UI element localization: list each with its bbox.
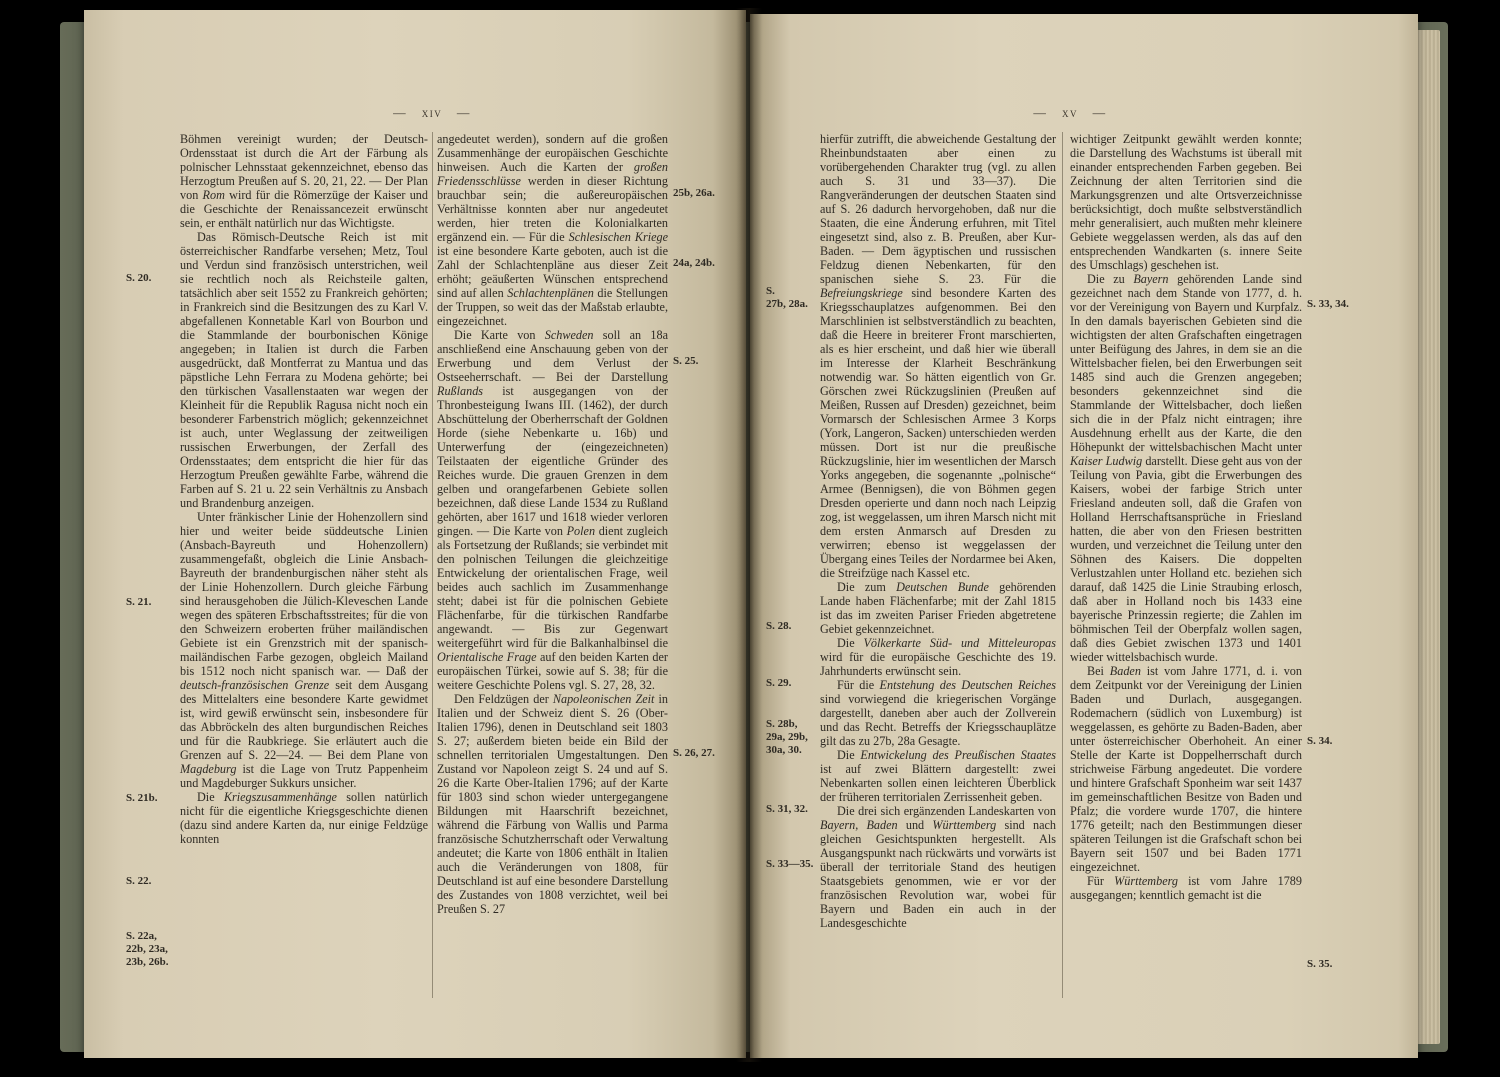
- margin-note: S. 22.: [126, 875, 178, 888]
- paragraph: Für Württemberg ist vom Jahre 1789 ausge…: [1070, 874, 1302, 902]
- margin-note: S. 25.: [673, 355, 731, 368]
- margin-note: S. 22a, 22b, 23a, 23b, 26b.: [126, 930, 178, 969]
- column-divider-left-page: [432, 132, 433, 998]
- margin-note: S. 27b, 28a.: [766, 285, 818, 311]
- paragraph: Unter fränkischer Linie der Hohenzollern…: [180, 510, 428, 790]
- paragraph: Die Kriegszusammenhänge sollen natürlich…: [180, 790, 428, 846]
- margin-note: S. 33—35.: [766, 858, 818, 871]
- paragraph: Böhmen vereinigt wurden; der Deutsch-Ord…: [180, 132, 428, 230]
- paragraph: Die Entwickelung des Preußischen Staates…: [820, 748, 1056, 804]
- margin-note: S. 21.: [126, 596, 178, 609]
- paragraph: wichtiger Zeitpunkt gewählt werden konnt…: [1070, 132, 1302, 272]
- margin-note: S. 20.: [126, 272, 178, 285]
- margin-note: S. 26, 27.: [673, 747, 731, 760]
- paragraph: Die zu Bayern gehörenden Lande sind geze…: [1070, 272, 1302, 664]
- margin-note: 25b, 26a.: [673, 187, 731, 200]
- paragraph: Für die Entstehung des Deutschen Reiches…: [820, 678, 1056, 748]
- right-page-column-2: wichtiger Zeitpunkt gewählt werden konnt…: [1070, 132, 1302, 902]
- paragraph: Bei Baden ist vom Jahre 1771, d. i. von …: [1070, 664, 1302, 874]
- margin-note: S. 35.: [1307, 958, 1365, 971]
- paragraph: Den Feldzügen der Napoleonischen Zeit in…: [437, 692, 668, 916]
- left-page-column-1: Böhmen vereinigt wurden; der Deutsch-Ord…: [180, 132, 428, 846]
- page-number-xv: — xv —: [770, 106, 1370, 121]
- margin-note: S. 33, 34.: [1307, 298, 1365, 311]
- paragraph: Die Völkerkarte Süd- und Mitteleuropas w…: [820, 636, 1056, 678]
- margin-note: 24a, 24b.: [673, 257, 731, 270]
- right-page-column-1: hierfür zutrifft, die abweichende Gestal…: [820, 132, 1056, 930]
- page-right: — xv — hierfür zutrifft, die abweichende…: [750, 14, 1418, 1058]
- margin-note: S. 28b, 29a, 29b, 30a, 30.: [766, 718, 818, 757]
- margin-note: S. 34.: [1307, 735, 1365, 748]
- margin-note: S. 29.: [766, 677, 818, 690]
- margin-note: S. 21b.: [126, 792, 178, 805]
- margin-note: S. 28.: [766, 620, 818, 633]
- paragraph: Die drei sich ergänzenden Landeskarten v…: [820, 804, 1056, 930]
- page-left: — xiv — Böhmen vereinigt wurden; der Deu…: [84, 10, 746, 1058]
- paragraph: hierfür zutrifft, die abweichende Gestal…: [820, 132, 1056, 580]
- paragraph: Das Römisch-Deutsche Reich ist mit öster…: [180, 230, 428, 510]
- margin-note: S. 31, 32.: [766, 803, 818, 816]
- column-divider-right-page: [1062, 132, 1063, 998]
- left-page-column-2: angedeutet werden), sondern auf die groß…: [437, 132, 668, 916]
- book-gutter-shadow: [736, 8, 762, 1062]
- paragraph: angedeutet werden), sondern auf die groß…: [437, 132, 668, 328]
- page-number-xiv: — xiv —: [140, 106, 724, 121]
- paragraph: Die Karte von Schweden soll an 18a ansch…: [437, 328, 668, 692]
- paragraph: Die zum Deutschen Bunde gehörenden Lande…: [820, 580, 1056, 636]
- photo-background: — xiv — Böhmen vereinigt wurden; der Deu…: [0, 0, 1500, 1077]
